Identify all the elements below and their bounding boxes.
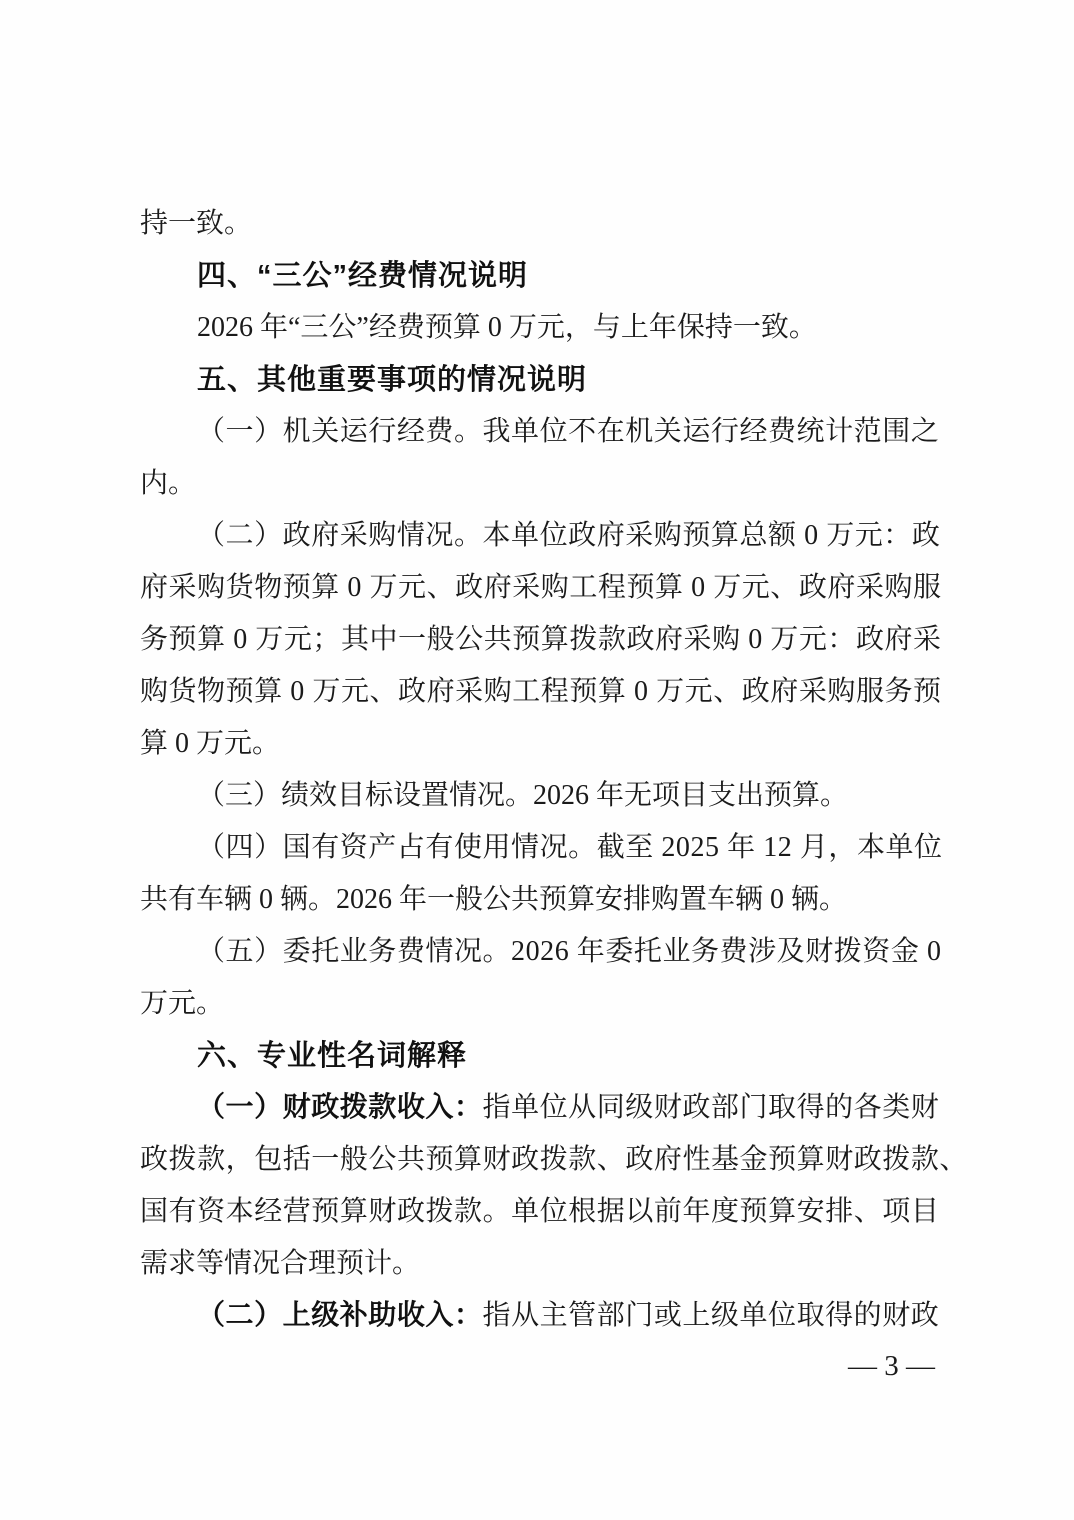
para-term-1-line-1: （一）财政拨款收入：指单位从同级财政部门取得的各类财	[140, 1082, 940, 1134]
para-item-1-line-2: 内。	[140, 458, 940, 510]
term-label-superior-subsidy: （二）上级补助收入：	[197, 1300, 483, 1331]
para-term-2-line-1: （二）上级补助收入：指从主管部门或上级单位取得的财政	[140, 1290, 940, 1342]
para-term-1-line-2: 政拨款，包括一般公共预算财政拨款、政府性基金预算财政拨款、	[140, 1134, 940, 1186]
para-item-2-line-3: 务预算 0 万元；其中一般公共预算拨款政府采购 0 万元：政府采	[140, 614, 940, 666]
document-page: 持一致。 四、“三公”经费情况说明 2026 年“三公”经费预算 0 万元，与上…	[0, 0, 1074, 1520]
page-number: — 3 —	[848, 1346, 935, 1386]
para-continuation-line: 持一致。	[140, 198, 940, 250]
heading-section-five: 五、其他重要事项的情况说明	[140, 354, 940, 406]
para-item-2-line-1: （二）政府采购情况。本单位政府采购预算总额 0 万元：政	[140, 510, 940, 562]
term-label-fiscal-appropriation: （一）财政拨款收入：	[197, 1092, 483, 1123]
para-item-2-line-5: 算 0 万元。	[140, 718, 940, 770]
para-sangong-budget: 2026 年“三公”经费预算 0 万元，与上年保持一致。	[140, 302, 940, 354]
heading-section-four: 四、“三公”经费情况说明	[140, 250, 940, 302]
term-definition-text: 指单位从同级财政部门取得的各类财	[483, 1092, 940, 1123]
para-item-4-line-1: （四）国有资产占有使用情况。截至 2025 年 12 月，本单位	[140, 822, 940, 874]
document-text-block: 持一致。 四、“三公”经费情况说明 2026 年“三公”经费预算 0 万元，与上…	[140, 198, 940, 1342]
term-definition-text: 指从主管部门或上级单位取得的财政	[483, 1300, 940, 1331]
para-item-4-line-2: 共有车辆 0 辆。2026 年一般公共预算安排购置车辆 0 辆。	[140, 874, 940, 926]
para-item-3-line-1: （三）绩效目标设置情况。2026 年无项目支出预算。	[140, 770, 940, 822]
para-term-1-line-3: 国有资本经营预算财政拨款。单位根据以前年度预算安排、项目	[140, 1186, 940, 1238]
para-term-1-line-4: 需求等情况合理预计。	[140, 1238, 940, 1290]
para-item-5-line-1: （五）委托业务费情况。2026 年委托业务费涉及财拨资金 0	[140, 926, 940, 978]
para-item-5-line-2: 万元。	[140, 978, 940, 1030]
para-item-1-line-1: （一）机关运行经费。我单位不在机关运行经费统计范围之	[140, 406, 940, 458]
para-item-2-line-2: 府采购货物预算 0 万元、政府采购工程预算 0 万元、政府采购服	[140, 562, 940, 614]
heading-section-six: 六、专业性名词解释	[140, 1030, 940, 1082]
para-item-2-line-4: 购货物预算 0 万元、政府采购工程预算 0 万元、政府采购服务预	[140, 666, 940, 718]
